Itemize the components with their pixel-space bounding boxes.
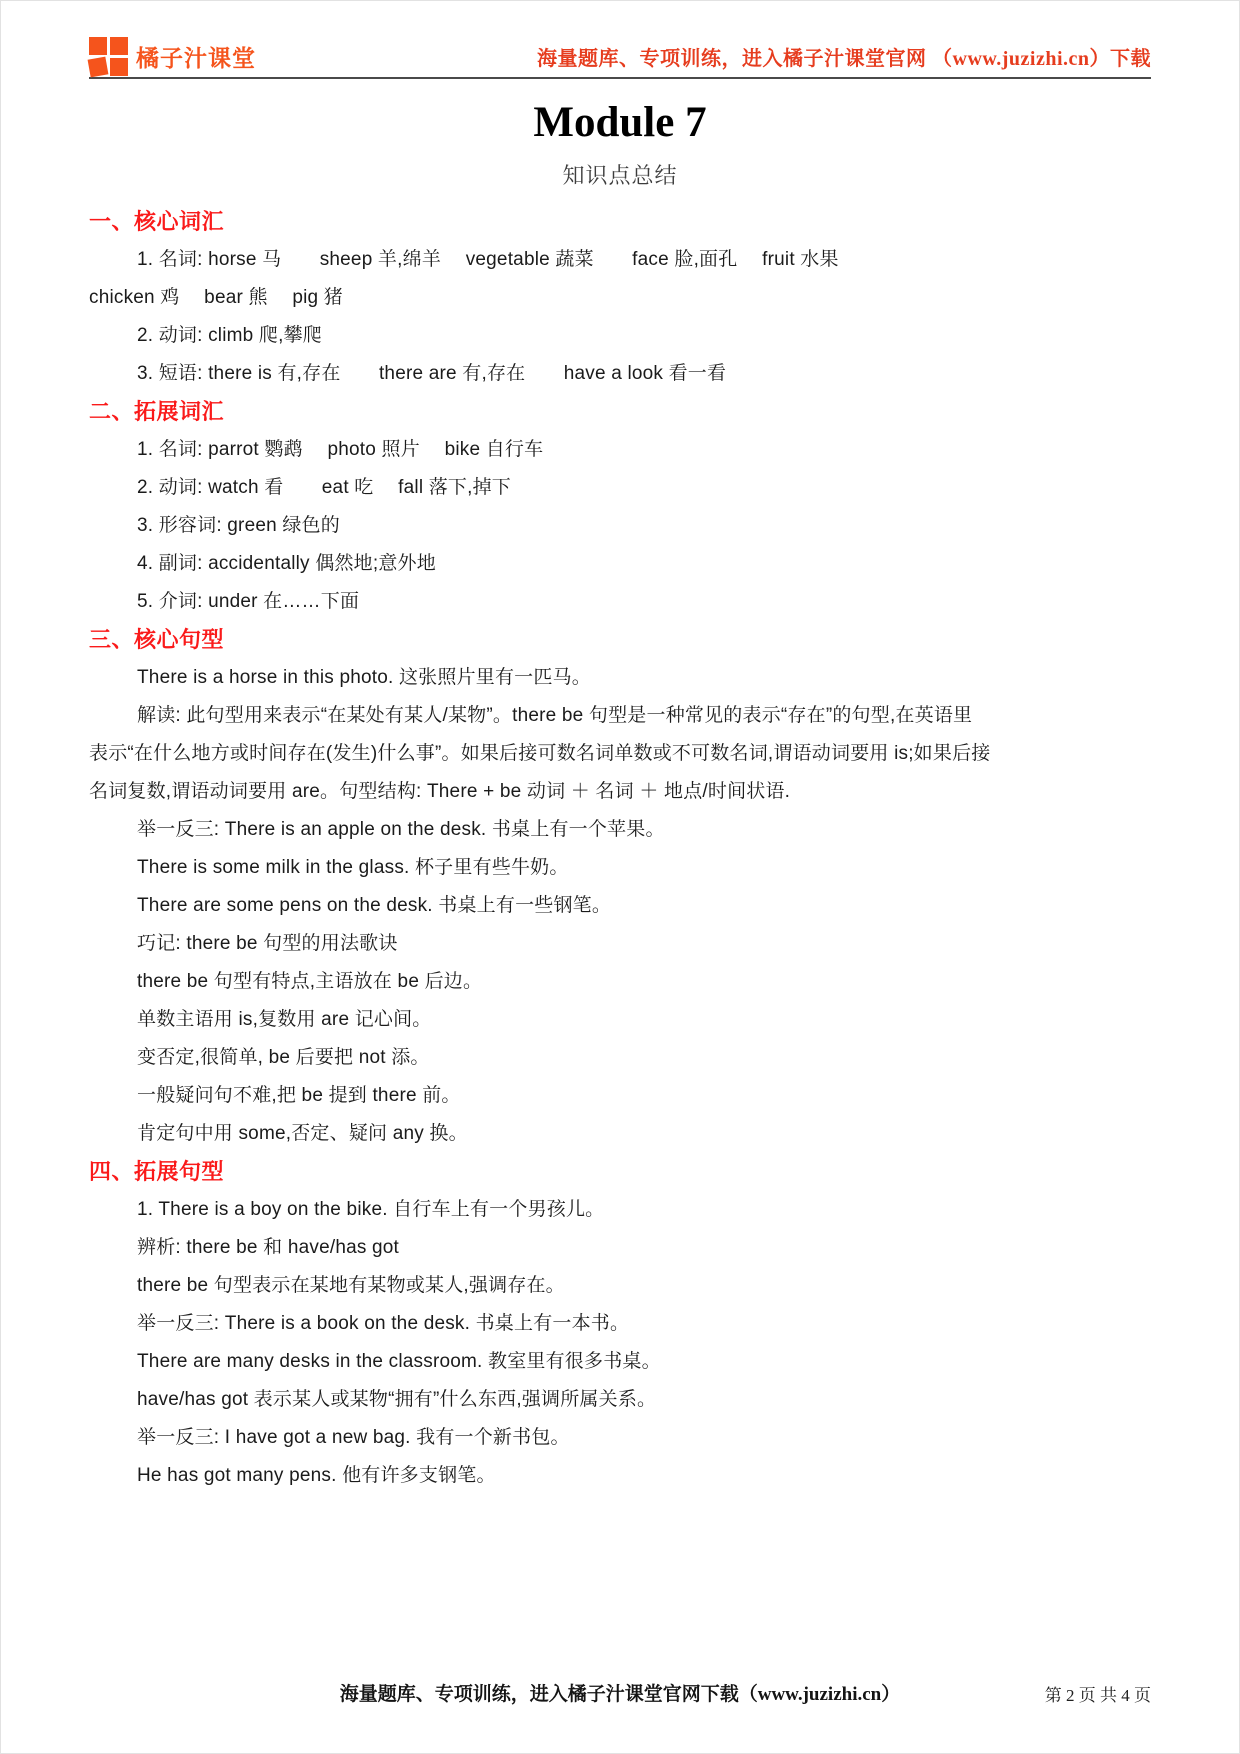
text-line: 5. 介词: under 在……下面 [89,583,1151,621]
text-line: there be 句型表示在某地有某物或某人,强调存在。 [89,1267,1151,1305]
page-title: Module 7 [1,99,1239,147]
text-line: 3. 形容词: green 绿色的 [89,507,1151,545]
text-line: 变否定,很简单, be 后要把 not 添。 [89,1039,1151,1077]
sections: 一、核心词汇 1. 名词: horse 马 sheep 羊,绵羊 vegetab… [89,203,1151,1495]
text-line: 辨析: there be 和 have/has got [89,1229,1151,1267]
text-line: 举一反三: I have got a new bag. 我有一个新书包。 [89,1419,1151,1457]
document-section: 二、拓展词汇 1. 名词: parrot 鹦鹉 photo 照片 bike 自行… [89,393,1151,621]
section-heading: 一、核心词汇 [89,203,1151,241]
section-lines: 1. 名词: horse 马 sheep 羊,绵羊 vegetable 蔬菜 f… [89,241,1151,393]
text-line: 一般疑问句不难,把 be 提到 there 前。 [89,1077,1151,1115]
text-line: 名词复数,谓语动词要用 are。句型结构: There + be 动词 ＋ 名词… [89,773,1151,811]
section-lines: There is a horse in this photo. 这张照片里有一匹… [89,659,1151,1153]
brand-name: 橘子汁课堂 [136,40,256,73]
brand-logo: 橘子汁课堂 [89,36,256,76]
text-line: 2. 动词: watch 看 eat 吃 fall 落下,掉下 [89,469,1151,507]
text-line: 单数主语用 is,复数用 are 记心间。 [89,1001,1151,1039]
text-line: 表示“在什么地方或时间存在(发生)什么事”。如果后接可数名词单数或不可数名词,谓… [89,735,1151,773]
text-line: 肯定句中用 some,否定、疑问 any 换。 [89,1115,1151,1153]
section-lines: 1. 名词: parrot 鹦鹉 photo 照片 bike 自行车 2. 动词… [89,431,1151,621]
text-line: 1. 名词: horse 马 sheep 羊,绵羊 vegetable 蔬菜 f… [89,241,1151,279]
section-lines: 1. There is a boy on the bike. 自行车上有一个男孩… [89,1191,1151,1495]
page-header: 橘子汁课堂 海量题库、专项训练，进入橘子汁课堂官网 （www.juzizhi.c… [89,1,1151,79]
text-line: have/has got 表示某人或某物“拥有”什么东西,强调所属关系。 [89,1381,1151,1419]
document-section: 一、核心词汇 1. 名词: horse 马 sheep 羊,绵羊 vegetab… [89,203,1151,393]
text-line: 解读: 此句型用来表示“在某处有某人/某物”。there be 句型是一种常见的… [89,697,1151,735]
text-line: 3. 短语: there is 有,存在 there are 有,存在 have… [89,355,1151,393]
page-subtitle: 知识点总结 [1,161,1239,191]
section-heading: 四、拓展句型 [89,1153,1151,1191]
text-line: there be 句型有特点,主语放在 be 后边。 [89,963,1151,1001]
text-line: There is a horse in this photo. 这张照片里有一匹… [89,659,1151,697]
text-line: 2. 动词: climb 爬,攀爬 [89,317,1151,355]
page-number: 第 2 页 共 4 页 [1045,1681,1151,1706]
text-line: 1. There is a boy on the bike. 自行车上有一个男孩… [89,1191,1151,1229]
logo-square [88,57,109,78]
header-promo-text: 海量题库、专项训练，进入橘子汁课堂官网 （www.juzizhi.cn）下载 [537,42,1151,71]
brand-logo-icon [89,36,129,76]
logo-square [89,37,107,55]
logo-square [110,37,128,55]
text-line: 举一反三: There is a book on the desk. 书桌上有一… [89,1305,1151,1343]
section-heading: 三、核心句型 [89,621,1151,659]
text-line: 4. 副词: accidentally 偶然地;意外地 [89,545,1151,583]
document-page: 橘子汁课堂 海量题库、专项训练，进入橘子汁课堂官网 （www.juzizhi.c… [0,0,1240,1754]
text-line: chicken 鸡 bear 熊 pig 猪 [89,279,1151,317]
footer-promo-text: 海量题库、专项训练，进入橘子汁课堂官网下载（www.juzizhi.cn） [340,1679,901,1706]
logo-square [110,58,128,76]
document-section: 四、拓展句型 1. There is a boy on the bike. 自行… [89,1153,1151,1495]
text-line: There are many desks in the classroom. 教… [89,1343,1151,1381]
text-line: He has got many pens. 他有许多支钢笔。 [89,1457,1151,1495]
document-section: 三、核心句型 There is a horse in this photo. 这… [89,621,1151,1153]
page-footer: 海量题库、专项训练，进入橘子汁课堂官网下载（www.juzizhi.cn） 第 … [89,1679,1151,1709]
text-line: 巧记: there be 句型的用法歌诀 [89,925,1151,963]
text-line: There are some pens on the desk. 书桌上有一些钢… [89,887,1151,925]
text-line: 1. 名词: parrot 鹦鹉 photo 照片 bike 自行车 [89,431,1151,469]
text-line: 举一反三: There is an apple on the desk. 书桌上… [89,811,1151,849]
section-heading: 二、拓展词汇 [89,393,1151,431]
text-line: There is some milk in the glass. 杯子里有些牛奶… [89,849,1151,887]
